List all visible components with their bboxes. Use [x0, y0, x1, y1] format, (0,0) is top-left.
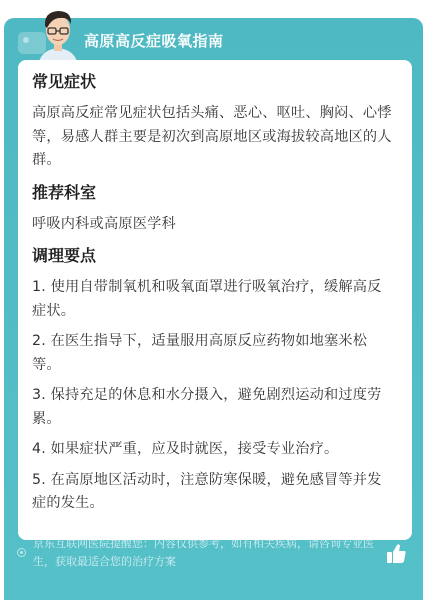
- section-heading-care-tips: 调理要点: [32, 244, 394, 268]
- thumbs-up-icon[interactable]: [386, 542, 406, 564]
- department-text: 呼吸内科或高原医学科: [32, 213, 394, 237]
- content-panel: 常见症状 高原高反症常见症状包括头痛、恶心、呕吐、胸闷、心悸等，易感人群主要是初…: [18, 60, 412, 540]
- guide-title: 高原高反症吸氧指南: [84, 30, 224, 51]
- section-heading-symptoms: 常见症状: [32, 70, 394, 94]
- disclaimer-footer: 京东互联网医院提醒您：内容仅供参考，如有相关疾病，请咨询专业医生，获取最适合您的…: [14, 532, 404, 576]
- care-tip-item: 2. 在医生指导下，适量服用高原反应药物如地塞米松等。: [32, 330, 394, 377]
- care-tip-item: 3. 保持充足的休息和水分摄入，避免剧烈运动和过度劳累。: [32, 384, 394, 431]
- care-tip-item: 1. 使用自带制氧机和吸氧面罩进行吸氧治疗，缓解高反症状。: [32, 276, 394, 323]
- symptoms-text: 高原高反症常见症状包括头痛、恶心、呕吐、胸闷、心悸等，易感人群主要是初次到高原地…: [32, 102, 394, 173]
- doctor-avatar-icon: [30, 4, 86, 66]
- card-header: 高原高反症吸氧指南: [4, 18, 423, 58]
- info-icon: [17, 548, 26, 557]
- section-heading-department: 推荐科室: [32, 181, 394, 205]
- care-tip-item: 4. 如果症状严重，应及时就医，接受专业治疗。: [32, 438, 394, 462]
- care-tip-item: 5. 在高原地区活动时，注意防寒保暖，避免感冒等并发症的发生。: [32, 469, 394, 516]
- guide-card: 高原高反症吸氧指南 常见症状 高原高反症常见症状包括头痛、恶心、呕吐、胸闷、心悸…: [4, 18, 423, 600]
- disclaimer-text: 京东互联网医院提醒您：内容仅供参考，如有相关疾病，请咨询专业医生，获取最适合您的…: [33, 535, 383, 571]
